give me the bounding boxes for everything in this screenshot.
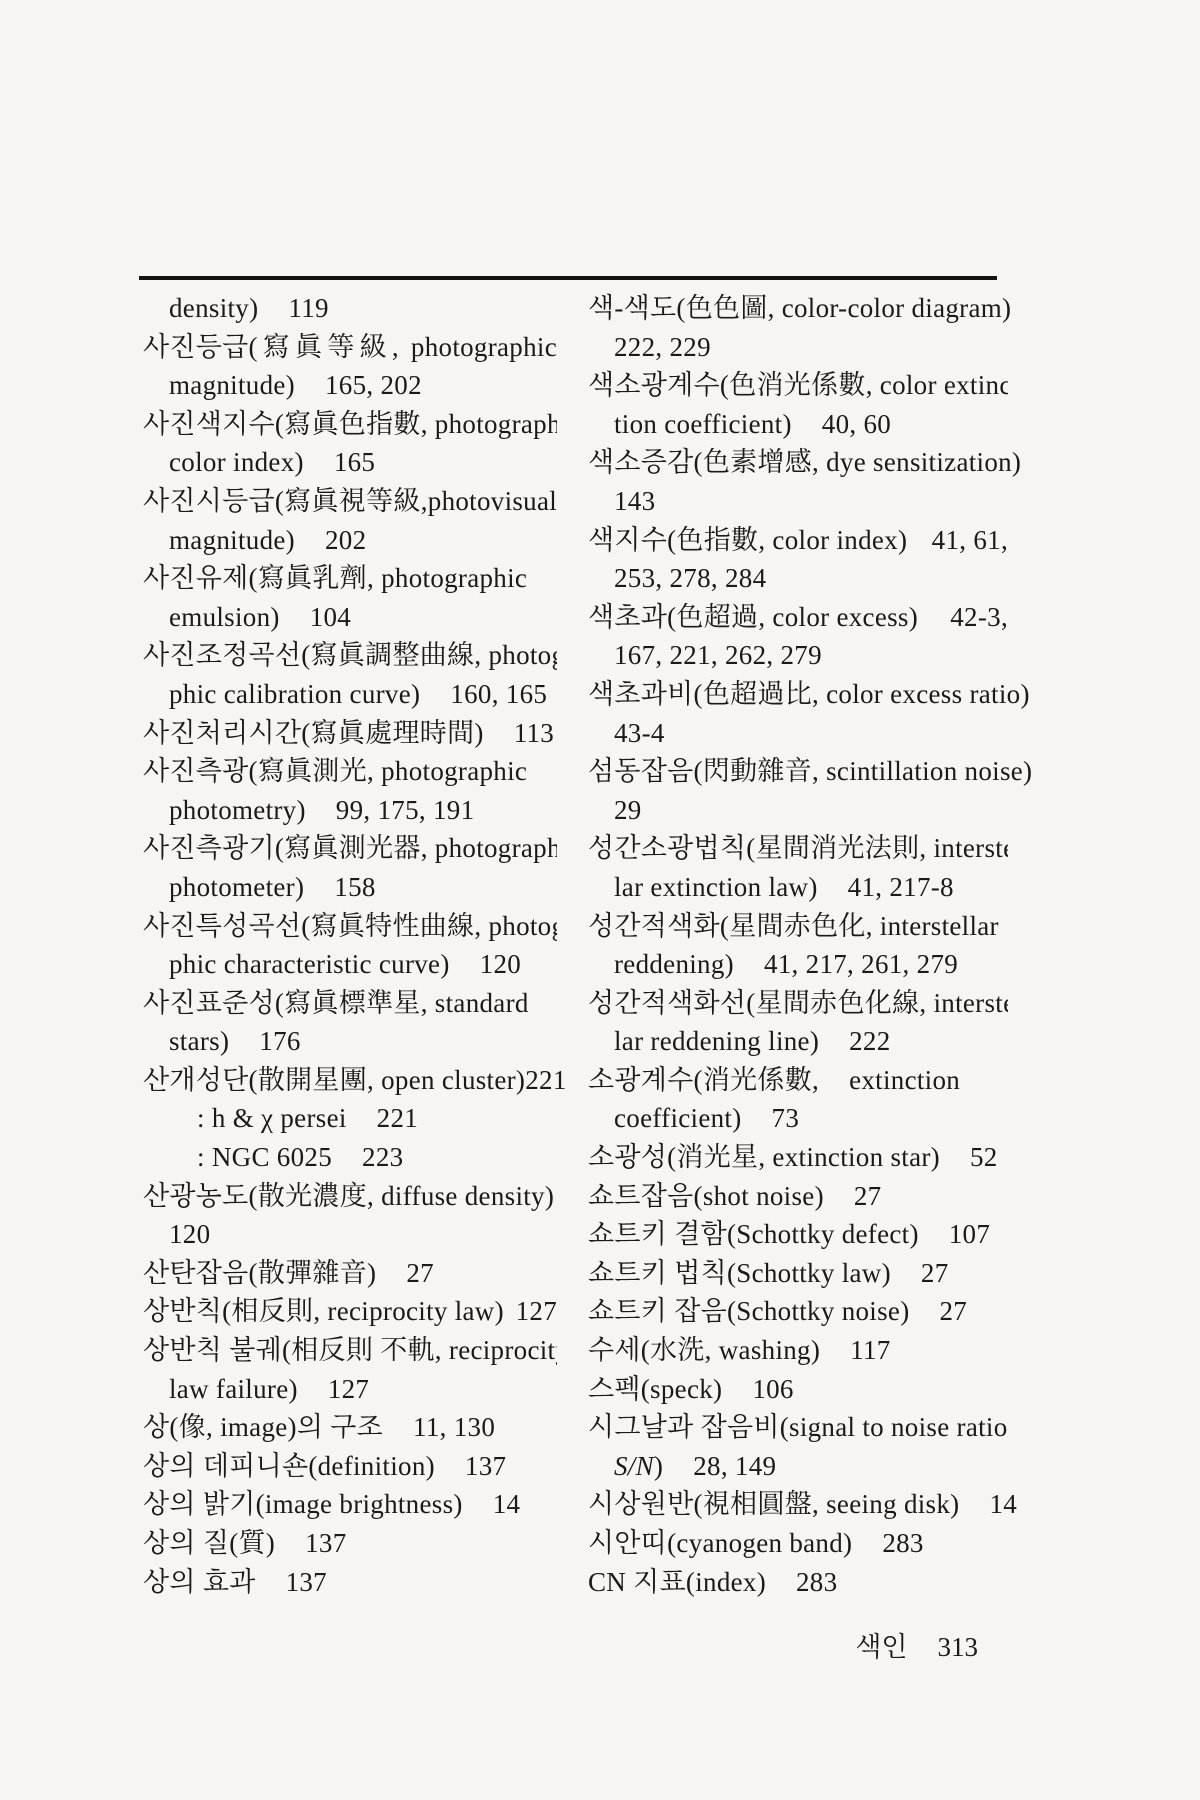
entry-text: color index) (169, 443, 304, 482)
entry-text: 쇼트키 잡음(Schottky noise) (588, 1292, 910, 1331)
entry-page-numbers: 223 (362, 1138, 403, 1177)
index-entry-line: 143 (588, 482, 1008, 521)
index-entry-line: 성간적색화(星間赤色化, interstellar (588, 907, 1008, 946)
index-entry-line: 120 (143, 1215, 557, 1254)
entry-text: photometry) (169, 791, 306, 830)
italic-term: S/N (614, 1447, 654, 1486)
index-entry-line: 시그날과 잡음비(signal to noise ratio, (588, 1408, 1008, 1447)
index-entry-line: 색초과(色超過, color excess)42-3, (588, 598, 1008, 637)
index-entry-line: 색-색도(色色圖, color-color diagram) (588, 289, 1008, 328)
index-entry-line: photometer)158 (143, 868, 557, 907)
entry-page-numbers: 221 (377, 1099, 418, 1138)
index-entry-line: 상의 데피니숀(definition)137 (143, 1447, 557, 1486)
entry-page-numbers: 28, 149 (693, 1447, 776, 1486)
entry-page-numbers: 106 (752, 1370, 793, 1409)
index-entry-line: 사진조정곡선(寫眞調整曲線, photogra- (143, 636, 557, 675)
index-entry-line: 쇼트키 잡음(Schottky noise)27 (588, 1292, 1008, 1331)
index-entry-line: 사진표준성(寫眞標準星, standard (143, 984, 557, 1023)
entry-text: 상반칙 불궤(相反則 不軌, reciprocity (143, 1335, 557, 1365)
entry-page-numbers: 52 (970, 1138, 998, 1177)
index-entry-line: 성간적색화선(星間赤色化線, interstel- (588, 984, 1008, 1023)
entry-text: 소광성(消光星, extinction star) (588, 1138, 940, 1177)
entry-page-numbers: 104 (310, 598, 351, 637)
entry-text: 성간적색화선(星間赤色化線, interstel- (588, 988, 1008, 1018)
entry-page-numbers: 14 (493, 1485, 521, 1524)
entry-text: 사진처리시간(寫眞處理時間) (143, 714, 484, 753)
index-entry-line: 소광계수(消光係數,extinction (588, 1061, 1008, 1100)
entry-page-numbers: 41, 217, 261, 279 (764, 945, 958, 984)
entry-page-numbers: extinction (849, 1061, 960, 1100)
entry-text: 색-색도(色色圖, color-color diagram) (588, 289, 1011, 328)
entry-page-numbers: 117 (850, 1331, 890, 1370)
entry-text: 섬동잡음(閃動雜音, scintillation noise) (588, 752, 1032, 791)
index-entry-line: 사진처리시간(寫眞處理時間)113 (143, 714, 557, 753)
entry-page-numbers: 158 (334, 868, 375, 907)
entry-text: 222, 229 (614, 328, 711, 367)
entry-text: phic characteristic curve) (169, 945, 450, 984)
entry-text: tion coefficient) (614, 405, 792, 444)
entry-page-numbers: 221 (525, 1061, 566, 1100)
entry-text: 쇼트잡음(shot noise) (588, 1177, 824, 1216)
entry-page-numbers: 27 (940, 1292, 968, 1331)
index-entry-line: 산광농도(散光濃度, diffuse density) (143, 1177, 557, 1216)
entry-page-numbers: 11, 130 (413, 1408, 495, 1447)
index-entry-line: lar reddening line)222 (588, 1022, 1008, 1061)
entry-page-numbers: 40, 60 (822, 405, 891, 444)
index-entry-line: 222, 229 (588, 328, 1008, 367)
index-entry-line: 167, 221, 262, 279 (588, 636, 1008, 675)
book-index-page: density)119사진등급(寫眞等級, photographicmagnit… (0, 0, 1200, 1800)
index-entry-line: 시상원반(視相圓盤, seeing disk)14 (588, 1485, 1008, 1524)
header-rule (139, 276, 997, 280)
entry-text: law failure) (169, 1370, 298, 1409)
entry-page-numbers: 41, 61, (932, 521, 1008, 560)
entry-page-numbers: 27 (854, 1177, 882, 1216)
entry-text: density) (169, 289, 258, 328)
entry-text: 사진유제(寫眞乳劑, photographic (143, 559, 527, 598)
index-entry-line: 색초과비(色超過比, color excess ratio) (588, 675, 1008, 714)
index-entry-line: 스펙(speck)106 (588, 1370, 1008, 1409)
entry-text: 스펙(speck) (588, 1370, 722, 1409)
entry-text: 상반칙(相反則, reciprocity law) (143, 1292, 504, 1331)
index-entry-line: : h & χ persei221 (143, 1099, 557, 1138)
index-entry-line: 상의 밝기(image brightness)14 (143, 1485, 557, 1524)
footer-page-number: 313 (938, 1628, 979, 1666)
entry-text: 상의 밝기(image brightness) (143, 1485, 463, 1524)
entry-text: stars) (169, 1022, 229, 1061)
index-entry-line: law failure)127 (143, 1370, 557, 1409)
index-entry-line: 사진측광(寫眞測光, photographic (143, 752, 557, 791)
index-entry-line: 산개성단(散開星團, open cluster)221 (143, 1061, 557, 1100)
entry-page-numbers: 73 (772, 1099, 800, 1138)
entry-text: 사진등급(寫眞等級, photographic (143, 332, 557, 362)
index-entry-line: photometry)99, 175, 191 (143, 791, 557, 830)
entry-text: 사진색지수(寫眞色指數, photographic (143, 409, 557, 439)
entry-text: 253, 278, 284 (614, 559, 766, 598)
index-entry-line: 상반칙(相反則, reciprocity law)127 (143, 1292, 557, 1331)
footer-section-label: 색인 (855, 1628, 907, 1666)
entry-page-numbers: 120 (480, 945, 521, 984)
entry-text: : NGC 6025 (197, 1138, 332, 1177)
index-entry-line: 색소광계수(色消光係數, color extinc- (588, 366, 1008, 405)
entry-text: 소광계수(消光係數, (588, 1061, 819, 1100)
index-entry-line: 사진등급(寫眞等級, photographic (143, 328, 557, 367)
entry-text: 쇼트키 법칙(Schottky law) (588, 1254, 891, 1293)
entry-text: 사진시등급(寫眞視等級, (143, 482, 428, 521)
entry-text: phic calibration curve) (169, 675, 420, 714)
entry-page-numbers: 99, 175, 191 (336, 791, 475, 830)
entry-page-numbers: 42-3, (950, 598, 1008, 637)
entry-page-numbers: 127 (516, 1292, 557, 1331)
entry-text: 성간소광법칙(星間消光法則, interstel- (588, 833, 1008, 863)
index-entry-line: 43-4 (588, 714, 1008, 753)
entry-text: lar reddening line) (614, 1022, 819, 1061)
entry-text: 상(像, image)의 구조 (143, 1408, 383, 1447)
index-entry-line: 색지수(色指數, color index)41, 61, (588, 521, 1008, 560)
entry-page-numbers: 137 (305, 1524, 346, 1563)
index-entry-line: magnitude)165, 202 (143, 366, 557, 405)
entry-text: lar extinction law) (614, 868, 818, 907)
entry-text: 사진측광(寫眞測光, photographic (143, 752, 527, 791)
entry-text: CN 지표(index) (588, 1563, 766, 1602)
index-entry-line: 수세(水洗, washing)117 (588, 1331, 1008, 1370)
entry-text: 사진표준성(寫眞標準星, standard (143, 984, 529, 1023)
index-entry-line: 상(像, image)의 구조11, 130 (143, 1408, 557, 1447)
index-entry-line: 상의 질(質)137 (143, 1524, 557, 1563)
entry-text: 시안띠(cyanogen band) (588, 1524, 852, 1563)
entry-page-numbers: 119 (288, 289, 328, 328)
index-entry-line: 쇼트키 법칙(Schottky law)27 (588, 1254, 1008, 1293)
entry-page-numbers: 41, 217-8 (848, 868, 954, 907)
entry-text: 산개성단(散開星團, open cluster) (143, 1061, 525, 1100)
index-column-left: density)119사진등급(寫眞等級, photographicmagnit… (143, 289, 557, 1601)
entry-text: 120 (169, 1215, 210, 1254)
entry-text: 색지수(色指數, color index) (588, 521, 907, 560)
entry-page-numbers: 113 (514, 714, 554, 753)
index-entry-line: 사진시등급(寫眞視等級,photovisual (143, 482, 557, 521)
entry-text: 산탄잡음(散彈雜音) (143, 1254, 376, 1293)
index-entry-line: 시안띠(cyanogen band)283 (588, 1524, 1008, 1563)
index-entry-line: 상반칙 불궤(相反則 不軌, reciprocity (143, 1331, 557, 1370)
index-entry-line: 쇼트키 결함(Schottky defect)107 (588, 1215, 1008, 1254)
entry-text: 색초과비(色超過比, color excess ratio) (588, 675, 1030, 714)
entry-page-numbers: 165, 202 (325, 366, 422, 405)
entry-page-numbers: 137 (465, 1447, 506, 1486)
entry-text: 143 (614, 482, 655, 521)
entry-text: 상의 데피니숀(definition) (143, 1447, 435, 1486)
entry-text: magnitude) (169, 366, 295, 405)
entry-text: magnitude) (169, 521, 295, 560)
index-entry-line: 쇼트잡음(shot noise)27 (588, 1177, 1008, 1216)
entry-text: 수세(水洗, washing) (588, 1331, 820, 1370)
entry-page-numbers: 127 (328, 1370, 369, 1409)
entry-page-numbers: 222 (849, 1022, 890, 1061)
entry-text: 색소증감(色素增感, dye sensitization) (588, 443, 1021, 482)
entry-page-numbers: 283 (796, 1563, 837, 1602)
index-entry-line: density)119 (143, 289, 557, 328)
index-entry-line: coefficient)73 (588, 1099, 1008, 1138)
index-entry-line: color index)165 (143, 443, 557, 482)
index-column-right: 색-색도(色色圖, color-color diagram)222, 229색소… (588, 289, 1008, 1601)
entry-page-numbers: photovisual (428, 482, 557, 521)
index-entry-line: tion coefficient)40, 60 (588, 405, 1008, 444)
index-entry-line: 성간소광법칙(星間消光法則, interstel- (588, 829, 1008, 868)
index-entry-line: magnitude)202 (143, 521, 557, 560)
index-entry-line: 29 (588, 791, 1008, 830)
entry-text: coefficient) (614, 1099, 742, 1138)
entry-page-numbers: 137 (286, 1563, 327, 1602)
index-entry-line: CN 지표(index)283 (588, 1563, 1008, 1602)
index-entry-line: 섬동잡음(閃動雜音, scintillation noise) (588, 752, 1008, 791)
entry-text: 성간적색화(星間赤色化, interstellar (588, 907, 999, 946)
entry-text: 상의 효과 (143, 1563, 256, 1602)
entry-text: 43-4 (614, 714, 665, 753)
entry-text: 색소광계수(色消光係數, color extinc- (588, 370, 1008, 400)
index-entry-line: 산탄잡음(散彈雜音)27 (143, 1254, 557, 1293)
index-entry-line: stars)176 (143, 1022, 557, 1061)
entry-page-numbers: 202 (325, 521, 366, 560)
entry-text: 29 (614, 791, 642, 830)
entry-text: 사진조정곡선(寫眞調整曲線, photogra- (143, 640, 557, 670)
entry-text: ) (654, 1447, 663, 1486)
entry-page-numbers: 107 (949, 1215, 990, 1254)
index-entry-line: S/N)28, 149 (588, 1447, 1008, 1486)
index-entry-line: 색소증감(色素增感, dye sensitization) (588, 443, 1008, 482)
index-entry-line: 사진측광기(寫眞測光器, photographic (143, 829, 557, 868)
index-entry-line: 상의 효과137 (143, 1563, 557, 1602)
index-entry-line: : NGC 6025223 (143, 1138, 557, 1177)
index-entry-line: phic calibration curve)160, 165 (143, 675, 557, 714)
page-footer: 색인 313 (588, 1628, 978, 1666)
entry-page-numbers: 165 (334, 443, 375, 482)
entry-text: 시그날과 잡음비(signal to noise ratio, (588, 1412, 1008, 1442)
entry-page-numbers: 14 (989, 1485, 1017, 1524)
index-entry-line: 사진특성곡선(寫眞特性曲線, photogra- (143, 907, 557, 946)
entry-text: 시상원반(視相圓盤, seeing disk) (588, 1485, 959, 1524)
entry-text: 색초과(色超過, color excess) (588, 598, 918, 637)
entry-page-numbers: 27 (921, 1254, 949, 1293)
index-entry-line: 소광성(消光星, extinction star)52 (588, 1138, 1008, 1177)
entry-page-numbers: 27 (406, 1254, 434, 1293)
index-entry-line: 253, 278, 284 (588, 559, 1008, 598)
index-entry-line: reddening)41, 217, 261, 279 (588, 945, 1008, 984)
entry-text: 산광농도(散光濃度, diffuse density) (143, 1177, 554, 1216)
index-entry-line: phic characteristic curve)120 (143, 945, 557, 984)
index-entry-line: 사진유제(寫眞乳劑, photographic (143, 559, 557, 598)
entry-text: reddening) (614, 945, 734, 984)
entry-text: : h & χ persei (197, 1099, 347, 1138)
entry-text: emulsion) (169, 598, 280, 637)
index-entry-line: lar extinction law)41, 217-8 (588, 868, 1008, 907)
entry-text: 167, 221, 262, 279 (614, 636, 822, 675)
entry-page-numbers: 160, 165 (450, 675, 547, 714)
entry-text: photometer) (169, 868, 304, 907)
entry-page-numbers: 283 (882, 1524, 923, 1563)
entry-page-numbers: 176 (259, 1022, 300, 1061)
entry-text: 사진측광기(寫眞測光器, photographic (143, 833, 557, 863)
entry-text: 상의 질(質) (143, 1524, 275, 1563)
entry-text: 사진특성곡선(寫眞特性曲線, photogra- (143, 911, 557, 941)
index-entry-line: emulsion)104 (143, 598, 557, 637)
index-entry-line: 사진색지수(寫眞色指數, photographic (143, 405, 557, 444)
entry-text: 쇼트키 결함(Schottky defect) (588, 1215, 919, 1254)
